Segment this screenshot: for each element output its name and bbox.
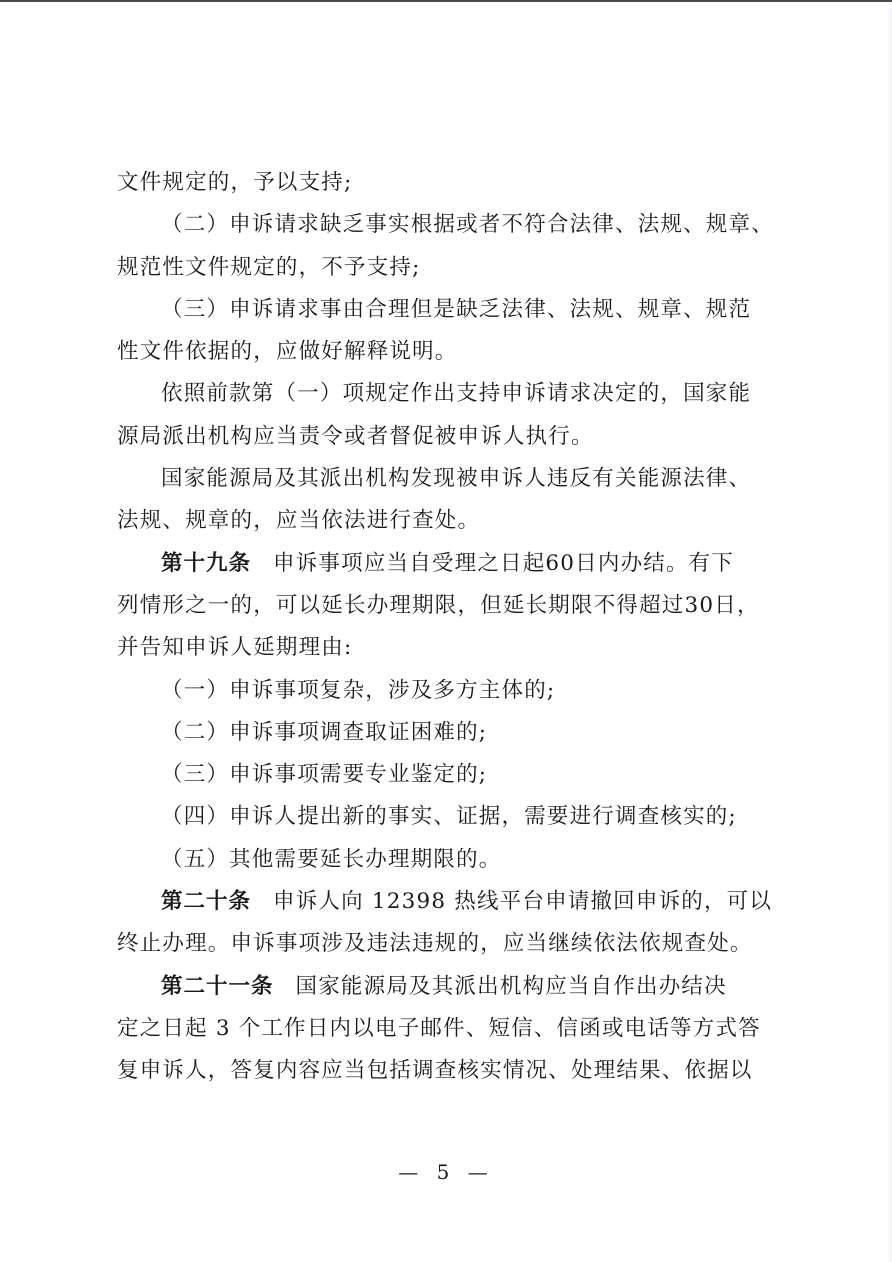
text-line: 法规、规章的，应当依法进行查处。 xyxy=(117,500,781,542)
list-item: （五）其他需要延长办理期限的。 xyxy=(117,839,781,881)
page-number: — 5 — xyxy=(0,1160,892,1184)
article-21-heading: 第二十一条 xyxy=(161,974,274,999)
article-19-heading: 第十九条 xyxy=(161,551,251,576)
article-20-heading: 第二十条 xyxy=(161,889,251,914)
paragraph-start: 国家能源局及其派出机构发现被申诉人违反有关能源法律、 xyxy=(117,458,781,500)
list-item: （四）申诉人提出新的事实、证据，需要进行调查核实的; xyxy=(117,796,781,838)
paragraph-start: 依照前款第（一）项规定作出支持申诉请求决定的，国家能 xyxy=(117,373,781,415)
text-line: 定之日起 3 个工作日内以电子邮件、短信、信函或电话等方式答 xyxy=(117,1008,781,1050)
article-20-first-line: 第二十条申诉人向 12398 热线平台申请撤回申诉的，可以 xyxy=(117,881,781,923)
page-edge-shadow xyxy=(888,2,892,1262)
document-body: 文件规定的，予以支持; （二）申诉请求缺乏事实根据或者不符合法律、法规、规章、 … xyxy=(117,162,781,1093)
article-20-text: 申诉人向 12398 热线平台申请撤回申诉的，可以 xyxy=(273,889,772,914)
text-line: 复申诉人，答复内容应当包括调查核实情况、处理结果、依据以 xyxy=(117,1050,781,1092)
text-line: 并告知申诉人延期理由: xyxy=(117,627,781,669)
article-19-text: 申诉事项应当自受理之日起60日内办结。有下 xyxy=(273,551,734,576)
text-line: 性文件依据的，应做好解释说明。 xyxy=(117,331,781,373)
article-21-first-line: 第二十一条国家能源局及其派出机构应当自作出办结决 xyxy=(117,966,781,1008)
article-21-text: 国家能源局及其派出机构应当自作出办结决 xyxy=(296,974,727,999)
clause-item: （三）申诉请求事由合理但是缺乏法律、法规、规章、规范 xyxy=(117,289,781,331)
list-item: （三）申诉事项需要专业鉴定的; xyxy=(117,754,781,796)
text-line: 终止办理。申诉事项涉及违法违规的，应当继续依法依规查处。 xyxy=(117,923,781,965)
clause-item: （二）申诉请求缺乏事实根据或者不符合法律、法规、规章、 xyxy=(117,204,781,246)
text-line: 文件规定的，予以支持; xyxy=(117,162,781,204)
list-item: （一）申诉事项复杂，涉及多方主体的; xyxy=(117,670,781,712)
top-border-rule xyxy=(0,0,892,2)
article-19-first-line: 第十九条申诉事项应当自受理之日起60日内办结。有下 xyxy=(117,543,781,585)
text-line: 源局派出机构应当责令或者督促被申诉人执行。 xyxy=(117,416,781,458)
text-line: 列情形之一的，可以延长办理期限，但延长期限不得超过30日， xyxy=(117,585,781,627)
list-item: （二）申诉事项调查取证困难的; xyxy=(117,712,781,754)
text-line: 规范性文件规定的，不予支持; xyxy=(117,247,781,289)
